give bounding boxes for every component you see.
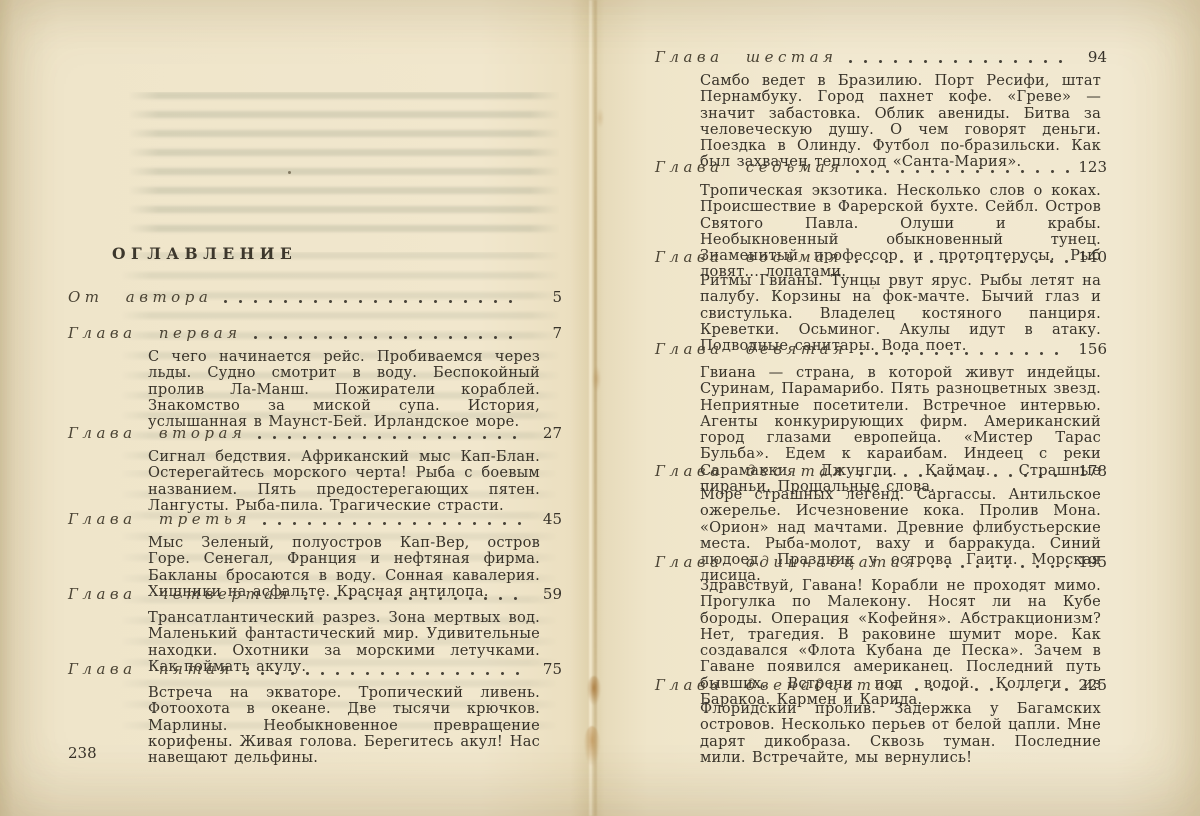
show-through-text: [128, 92, 560, 244]
toc-entry-title: Глава вторая: [68, 424, 246, 443]
stain: [587, 676, 601, 706]
dot-leader: [246, 672, 524, 675]
toc-entry-description: С чего начинается рейс. Пробиваемся чере…: [148, 349, 540, 430]
dot-leader: [859, 474, 1069, 477]
toc-entry-title: От автора: [68, 288, 212, 307]
toc-entry: Глава шестая 94 Самбо ведет в Бразилию. …: [655, 48, 1107, 171]
toc-entry: От автора 5: [68, 288, 562, 313]
toc-entry-title: Глава одиннадцатая: [655, 553, 919, 572]
paper-speck: [288, 171, 291, 174]
toc-entry-title: Глава восьмая: [655, 248, 843, 267]
toc-entry-page: 178: [1077, 462, 1107, 481]
stain: [584, 726, 600, 766]
dot-leader: [254, 336, 524, 339]
toc-entry-title: Глава шестая: [655, 48, 837, 67]
toc-entry-page: 225: [1077, 676, 1107, 695]
dot-leader: [856, 170, 1069, 173]
toc-entry-description: Флоридский пролив. Задержка у Багамских …: [700, 701, 1101, 766]
dot-leader: [304, 597, 524, 600]
toc-entry-page: 5: [532, 288, 562, 307]
dot-leader: [931, 565, 1069, 568]
toc-entry-title: Глава четвертая: [68, 585, 292, 604]
toc-entry: Глава двенадцатая 225 Флоридский пролив.…: [655, 676, 1107, 766]
paper-speck: [872, 287, 874, 289]
toc-entry-title: Глава девятая: [655, 340, 848, 359]
toc-entry-page: 59: [532, 585, 562, 604]
toc-entry-page: 7: [532, 324, 562, 343]
dot-leader: [849, 60, 1069, 63]
stain: [592, 366, 601, 392]
toc-entry-title: Глава пятая: [68, 660, 234, 679]
toc-entry-page: 94: [1077, 48, 1107, 67]
toc-entry-page: 27: [532, 424, 562, 443]
toc-entry: Глава пятая 75 Встреча на экваторе. Троп…: [68, 660, 562, 766]
dot-leader: [263, 522, 524, 525]
toc-entry-title: Глава седьмая: [655, 158, 844, 177]
toc-entry-title: Глава первая: [68, 324, 242, 343]
dot-leader: [224, 300, 524, 303]
toc-entry: Глава первая 7 С чего начинается рейс. П…: [68, 324, 562, 430]
toc-entry: Глава вторая 27 Сигнал бедствия. Африкан…: [68, 424, 562, 514]
dot-leader: [855, 260, 1069, 263]
toc-entry-title: Глава двенадцатая: [655, 676, 903, 695]
toc-entry-page: 75: [532, 660, 562, 679]
toc-entry-page: 123: [1077, 158, 1107, 177]
book-spread: ОГЛАВЛЕНИЕ От автора 5 Глава первая 7 С …: [0, 0, 1200, 816]
toc-heading: ОГЛАВЛЕНИЕ: [112, 244, 297, 263]
stain: [596, 108, 604, 128]
toc-entry-page: 140: [1077, 248, 1107, 267]
toc-entry-description: Сигнал бедствия. Африканский мыс Кап-Бла…: [148, 449, 540, 514]
dot-leader: [860, 352, 1069, 355]
toc-entry-description: Встреча на экваторе. Тропический ливень.…: [148, 685, 540, 766]
toc-entry-page: 195: [1077, 553, 1107, 572]
toc-entry: Глава восьмая 140 Ритмы Гвианы. Тунцы рв…: [655, 248, 1107, 354]
page-number-folio: 238: [68, 744, 97, 762]
toc-entry-page: 45: [532, 510, 562, 529]
dot-leader: [258, 436, 524, 439]
toc-entry-title: Глава десятая: [655, 462, 847, 481]
toc-entry-description: Самбо ведет в Бразилию. Порт Ресифи, шта…: [700, 73, 1101, 171]
toc-entry-title: Глава третья: [68, 510, 251, 529]
dot-leader: [915, 688, 1069, 691]
toc-entry-page: 156: [1077, 340, 1107, 359]
